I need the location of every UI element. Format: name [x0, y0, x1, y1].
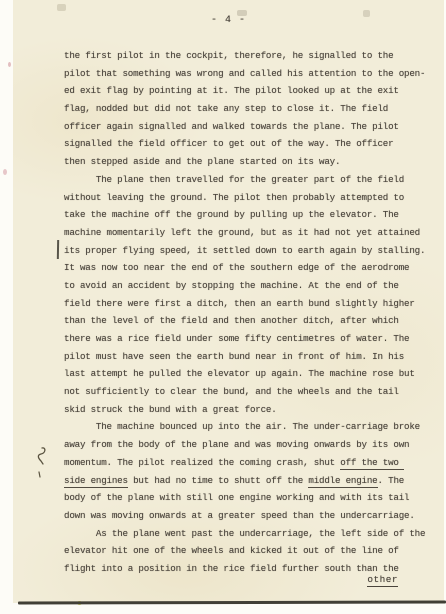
page-number: - 4 - — [13, 15, 444, 26]
catchword: other — [13, 574, 398, 585]
typed-line: not sufficiently to clear the bund, and … — [64, 383, 425, 401]
margin-correction-bar — [57, 240, 59, 259]
ink-smudge — [363, 10, 370, 17]
typed-line: away from the body of the plane and was … — [64, 436, 425, 454]
typed-line: without leaving the ground. The pilot th… — [64, 189, 425, 207]
typed-line: elevator hit one of the wheels and kicke… — [64, 542, 425, 560]
typed-line: skid struck the bund with a great force. — [64, 401, 425, 419]
typed-line: flag, nodded but did not take any step t… — [64, 100, 425, 118]
typed-line: the first pilot in the cockpit, therefor… — [64, 47, 425, 65]
typed-line: momentum. The pilot realized the coming … — [64, 454, 425, 472]
typed-line: ed exit flag by pointing at it. The pilo… — [64, 82, 425, 100]
typed-line: pilot that something was wrong and calle… — [64, 65, 425, 83]
typed-line: signalled the field officer to get out o… — [64, 135, 425, 153]
typed-line: The plane then travelled for the greater… — [64, 171, 425, 189]
typed-line: down was moving onwards at a greater spe… — [64, 507, 425, 525]
scanned-page: - 4 - the first pilot in the cockpit, th… — [0, 0, 446, 614]
typed-line: As the plane went past the undercarriage… — [64, 525, 425, 543]
typed-line: side engines but had no time to shutt of… — [64, 472, 425, 490]
typed-line: The machine bounced up into the air. The… — [64, 418, 425, 436]
typed-line: body of the plane with still one engine … — [64, 489, 425, 507]
typed-line: officer again signalled and walked towar… — [64, 118, 425, 136]
scan-edge-speck — [3, 169, 7, 175]
paper-sheet: - 4 - the first pilot in the cockpit, th… — [13, 0, 444, 603]
typed-line: to avoid an accident by stopping the mac… — [64, 277, 425, 295]
ink-smudge — [57, 4, 66, 11]
paper-bottom-edge-line — [18, 600, 446, 604]
typed-line: there was a rice field under some fifty … — [64, 330, 425, 348]
ink-smudge — [237, 10, 247, 16]
typed-line: machine momentarily left the ground, but… — [64, 224, 425, 242]
typed-text-block: the first pilot in the cockpit, therefor… — [64, 47, 425, 578]
typed-line: last attempt he pulled the elevator up a… — [64, 365, 425, 383]
typed-line: its proper flying speed, it settled down… — [64, 242, 425, 260]
typed-line: then stepped aside and the plane started… — [64, 153, 425, 171]
typed-line: It was now too near the end of the south… — [64, 259, 425, 277]
typed-line: pilot must have seen the earth bund near… — [64, 348, 425, 366]
typed-line: take the machine off the ground by pulli… — [64, 206, 425, 224]
scan-edge-speck — [8, 62, 11, 67]
pencil-squiggle-mark — [32, 445, 50, 484]
typed-line: field there were first a ditch, then an … — [64, 295, 425, 313]
typed-line: than the level of the field and then ano… — [64, 312, 425, 330]
